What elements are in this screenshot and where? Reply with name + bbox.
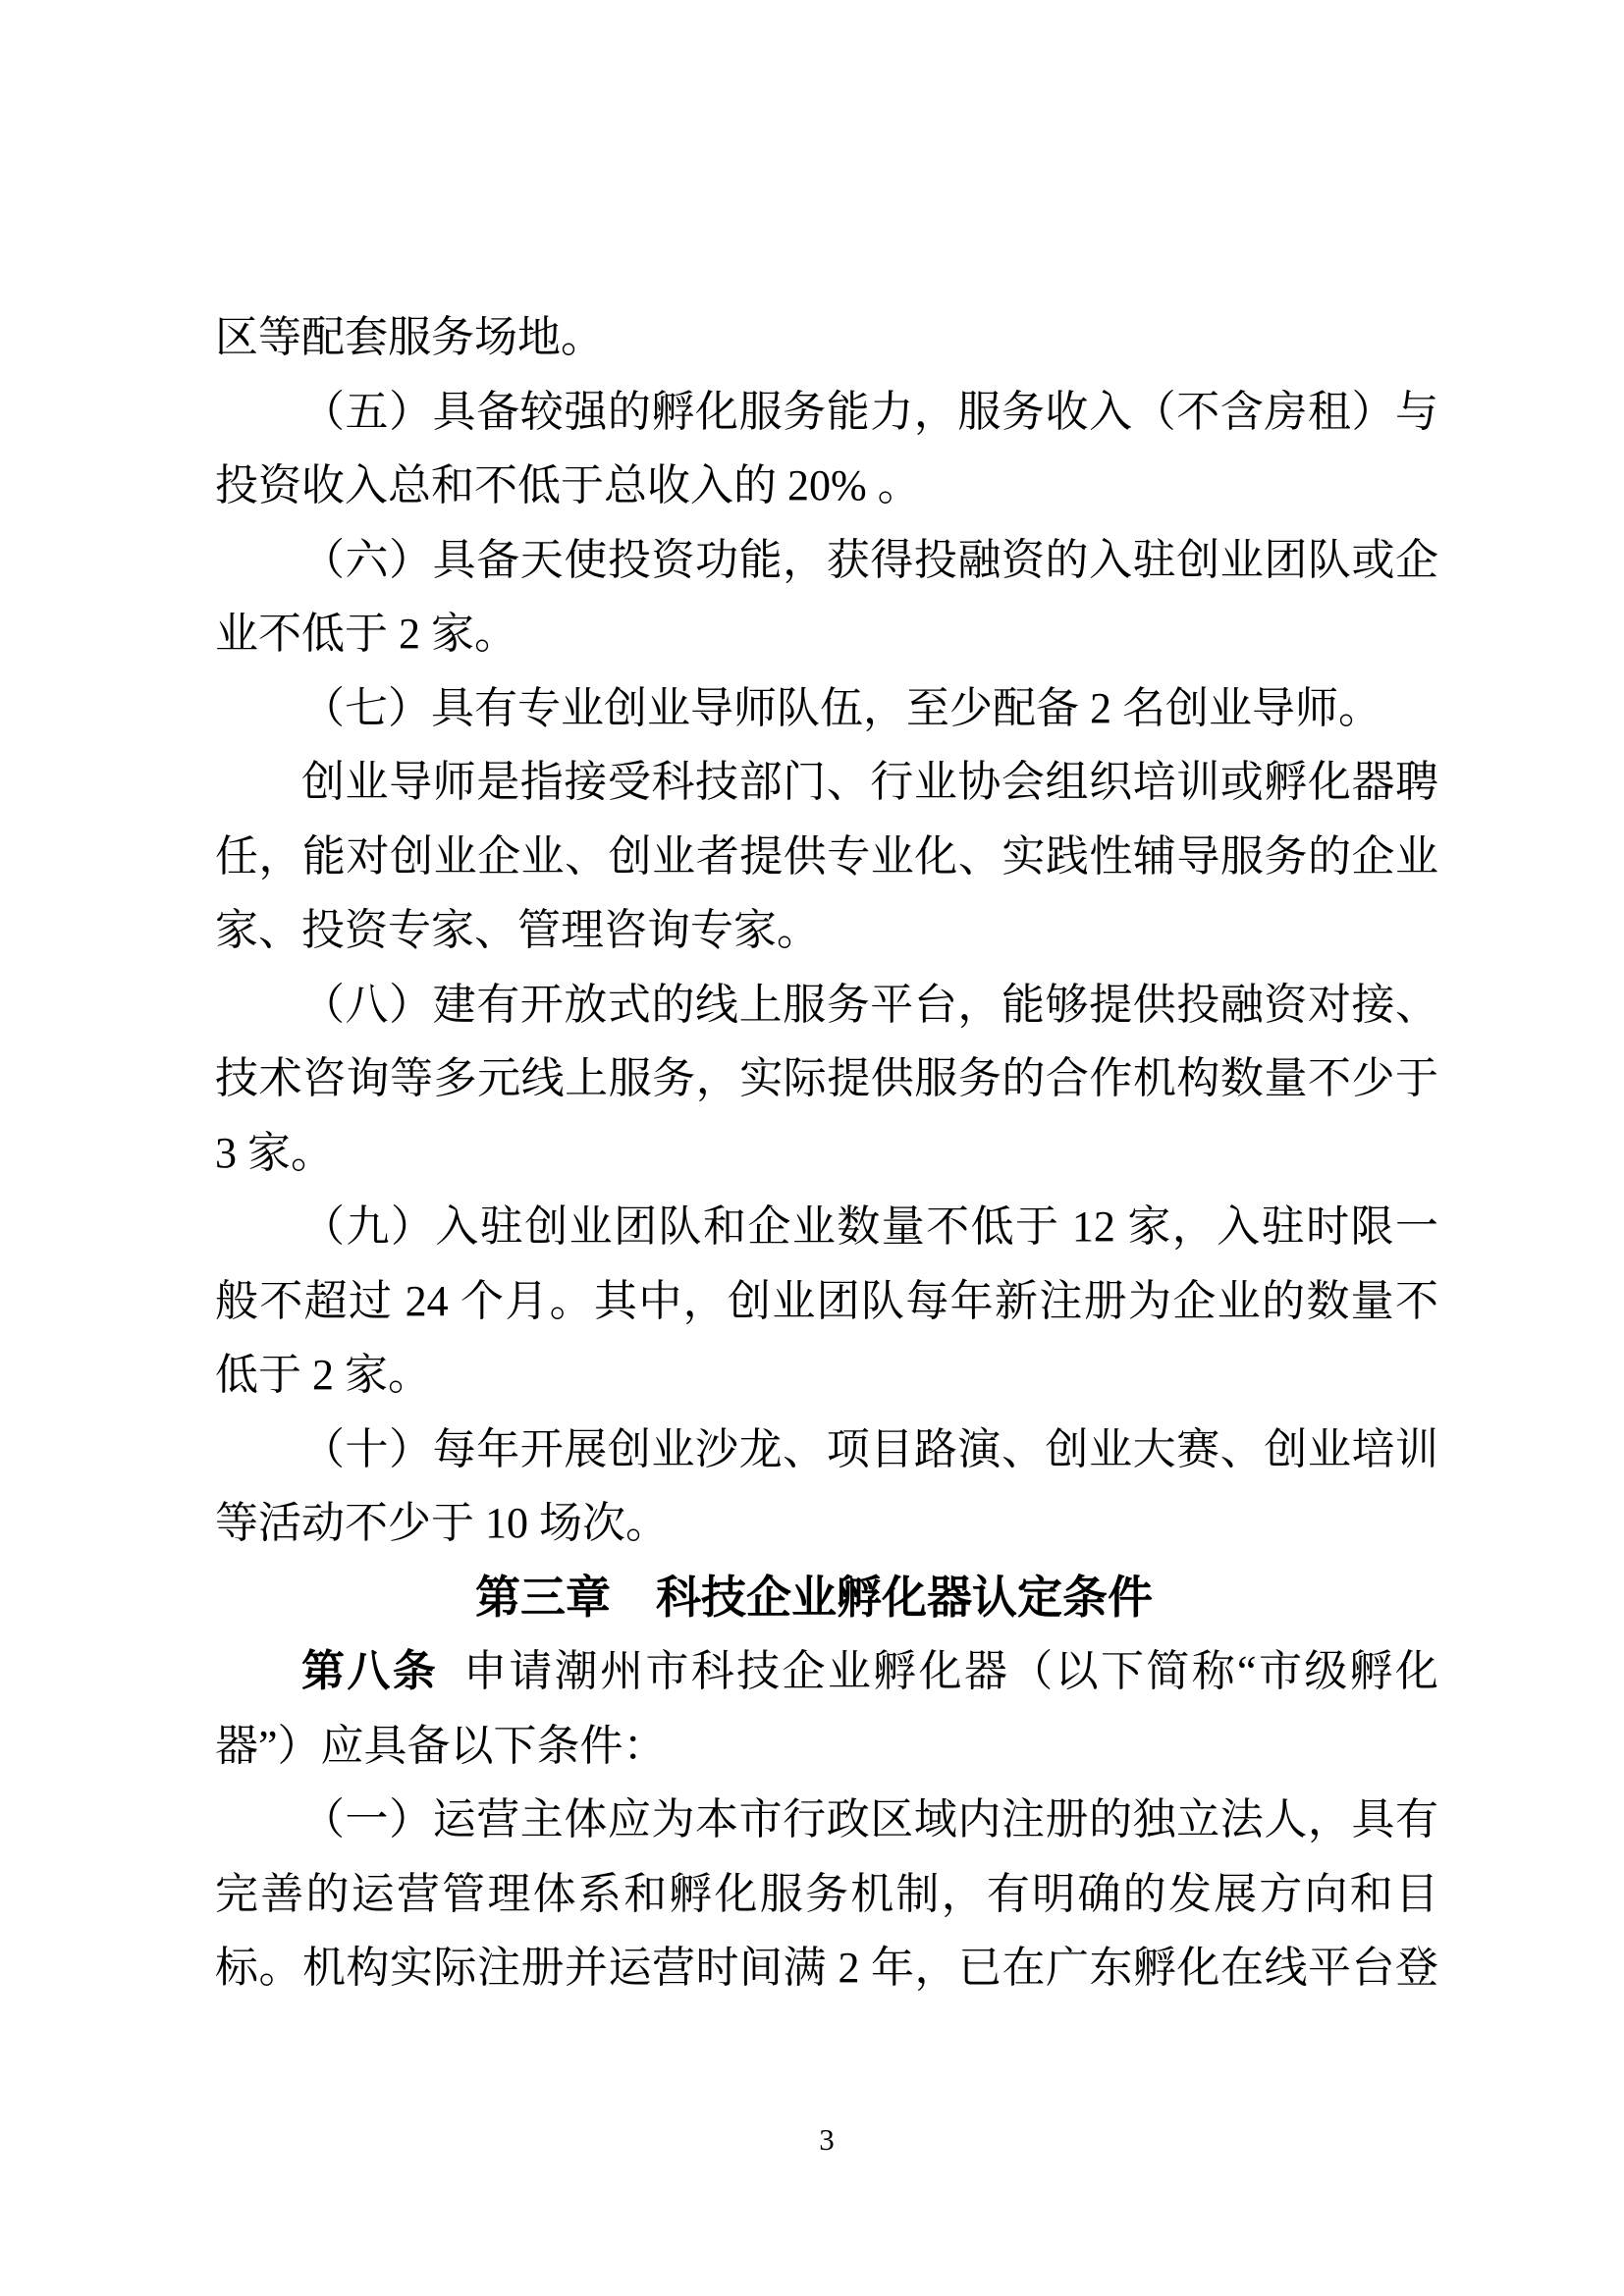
text-line: 标。机构实际注册并运营时间满 2 年，已在广东孵化在线平台登 [215, 1931, 1438, 2005]
text-run: （一）运营主体应为本市行政区域内注册的独立法人，具有 [301, 1795, 1438, 1843]
text-line: （七）具有专业创业导师队伍，至少配备 2 名创业导师。 [215, 671, 1438, 746]
text-block: 区等配套服务场地。（五）具备较强的孵化服务能力，服务收入（不含房租）与投资收入总… [215, 300, 1438, 2005]
text-line: 创业导师是指接受科技部门、行业协会组织培训或孵化器聘 [215, 745, 1438, 820]
text-run: 家、投资专家、管理咨询专家。 [215, 906, 820, 954]
text-line: 器”）应具备以下条件： [215, 1709, 1438, 1784]
text-run: 投资收入总和不低于总收入的 20% 。 [215, 461, 921, 509]
bold-text-run: 第三章 科技企业孵化器认定条件 [475, 1572, 1153, 1623]
text-line: （六）具备天使投资功能，获得投融资的入驻创业团队或企 [215, 523, 1438, 598]
text-line: 区等配套服务场地。 [215, 300, 1438, 375]
text-line: 任，能对创业企业、创业者提供专业化、实践性辅导服务的企业 [215, 820, 1438, 894]
chapter-heading: 第三章 科技企业孵化器认定条件 [215, 1561, 1438, 1635]
text-run: 器”）应具备以下条件： [215, 1722, 667, 1770]
text-run: 标。机构实际注册并运营时间满 2 年，已在广东孵化在线平台登 [215, 1944, 1438, 1992]
text-run: （九）入驻创业团队和企业数量不低于 12 家，入驻时限一 [301, 1202, 1438, 1251]
text-run: 创业导师是指接受科技部门、行业协会组织培训或孵化器聘 [301, 758, 1438, 806]
text-run: 等活动不少于 10 场次。 [215, 1499, 669, 1547]
text-line: （八）建有开放式的线上服务平台，能够提供投融资对接、 [215, 968, 1438, 1042]
text-line: 般不超过 24 个月。其中，创业团队每年新注册为企业的数量不 [215, 1264, 1438, 1339]
text-line: 等活动不少于 10 场次。 [215, 1486, 1438, 1561]
text-run: （十）每年开展创业沙龙、项目路演、创业大赛、创业培训 [301, 1425, 1438, 1473]
text-run: 技术咨询等多元线上服务，实际提供服务的合作机构数量不少于 [215, 1054, 1438, 1102]
text-line: 低于 2 家。 [215, 1338, 1438, 1413]
text-line: 完善的运营管理体系和孵化服务机制，有明确的发展方向和目 [215, 1857, 1438, 1932]
text-run: （六）具备天使投资功能，获得投融资的入驻创业团队或企 [301, 536, 1438, 584]
document-page: 区等配套服务场地。（五）具备较强的孵化服务能力，服务收入（不含房租）与投资收入总… [0, 0, 1624, 2296]
page-number: 3 [215, 2120, 1438, 2160]
text-run: 区等配套服务场地。 [215, 313, 604, 361]
text-line: 3 家。 [215, 1116, 1438, 1191]
text-line: （一）运营主体应为本市行政区域内注册的独立法人，具有 [215, 1783, 1438, 1857]
text-line: 投资收入总和不低于总收入的 20% 。 [215, 449, 1438, 523]
text-run: 申请潮州市科技企业孵化器（以下简称“市级孵化 [463, 1647, 1438, 1695]
text-run: 低于 2 家。 [215, 1351, 431, 1399]
text-run: 般不超过 24 个月。其中，创业团队每年新注册为企业的数量不 [215, 1277, 1438, 1325]
text-run: （八）建有开放式的线上服务平台，能够提供投融资对接、 [301, 981, 1438, 1029]
text-line: （九）入驻创业团队和企业数量不低于 12 家，入驻时限一 [215, 1190, 1438, 1264]
text-run: 完善的运营管理体系和孵化服务机制，有明确的发展方向和目 [215, 1870, 1438, 1918]
text-line: 技术咨询等多元线上服务，实际提供服务的合作机构数量不少于 [215, 1041, 1438, 1116]
text-line: （五）具备较强的孵化服务能力，服务收入（不含房租）与 [215, 375, 1438, 450]
text-line: 家、投资专家、管理咨询专家。 [215, 893, 1438, 968]
text-run: （五）具备较强的孵化服务能力，服务收入（不含房租）与 [301, 388, 1438, 436]
text-run: 3 家。 [215, 1129, 334, 1177]
text-line: 第八条申请潮州市科技企业孵化器（以下简称“市级孵化 [215, 1634, 1438, 1709]
text-run: 业不低于 2 家。 [215, 610, 517, 658]
text-run: （七）具有专业创业导师队伍，至少配备 2 名创业导师。 [301, 684, 1381, 732]
text-line: 业不低于 2 家。 [215, 597, 1438, 671]
text-run: 任，能对创业企业、创业者提供专业化、实践性辅导服务的企业 [215, 832, 1438, 881]
bold-text-run: 第八条 [301, 1647, 438, 1695]
text-line: （十）每年开展创业沙龙、项目路演、创业大赛、创业培训 [215, 1413, 1438, 1487]
